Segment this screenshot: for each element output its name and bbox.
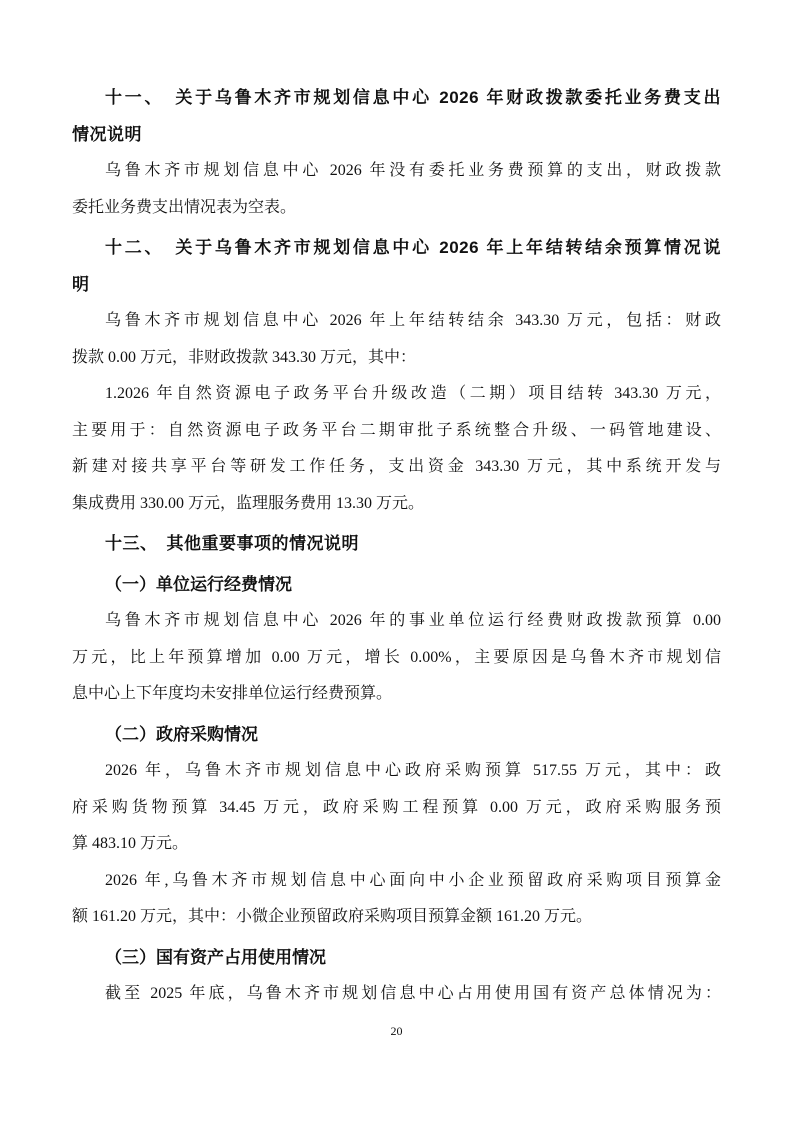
text-line: 乌鲁木齐市规划信息中心 2026 年上年结转结余 343.30 万元，包括：财政 bbox=[72, 303, 721, 340]
heading-line: （二）政府采购情况 bbox=[72, 717, 721, 754]
document-content: 十一、 关于乌鲁木齐市规划信息中心 2026 年财政拨款委托业务费支出情况说明乌… bbox=[72, 80, 721, 1013]
text-line: 1.2026 年自然资源电子政务平台升级改造（二期）项目结转 343.30 万元… bbox=[72, 376, 721, 413]
subsection-2-paragraph-1: 2026 年，乌鲁木齐市规划信息中心政府采购预算 517.55 万元，其中：政府… bbox=[72, 753, 721, 863]
section-13-heading: 十三、 其他重要事项的情况说明 bbox=[72, 526, 721, 563]
heading-line: （三）国有资产占用使用情况 bbox=[72, 940, 721, 977]
section-12-paragraph-1: 乌鲁木齐市规划信息中心 2026 年上年结转结余 343.30 万元，包括：财政… bbox=[72, 303, 721, 376]
subsection-1-heading: （一）单位运行经费情况 bbox=[72, 567, 721, 604]
section-12-paragraph-2: 1.2026 年自然资源电子政务平台升级改造（二期）项目结转 343.30 万元… bbox=[72, 376, 721, 522]
text-line: 2026 年，乌鲁木齐市规划信息中心政府采购预算 517.55 万元，其中：政 bbox=[72, 753, 721, 790]
text-line: 算 483.10 万元。 bbox=[72, 826, 721, 863]
subsection-1-paragraph: 乌鲁木齐市规划信息中心 2026 年的事业单位运行经费财政拨款预算 0.00万元… bbox=[72, 603, 721, 713]
heading-line: 明 bbox=[72, 267, 721, 304]
section-11-paragraph: 乌鲁木齐市规划信息中心 2026 年没有委托业务费预算的支出，财政拨款委托业务费… bbox=[72, 153, 721, 226]
text-line: 2026 年,乌鲁木齐市规划信息中心面向中小企业预留政府采购项目预算金 bbox=[72, 863, 721, 900]
text-line: 委托业务费支出情况表为空表。 bbox=[72, 190, 721, 227]
text-line: 息中心上下年度均未安排单位运行经费预算。 bbox=[72, 676, 721, 713]
heading-line: 十一、 关于乌鲁木齐市规划信息中心 2026 年财政拨款委托业务费支出 bbox=[72, 80, 721, 117]
text-line: 新建对接共享平台等研发工作任务，支出资金 343.30 万元，其中系统开发与 bbox=[72, 449, 721, 486]
text-line: 截至 2025 年底，乌鲁木齐市规划信息中心占用使用国有资产总体情况为： bbox=[72, 976, 721, 1013]
text-line: 主要用于：自然资源电子政务平台二期审批子系统整合升级、一码管地建设、 bbox=[72, 413, 721, 450]
heading-line: （一）单位运行经费情况 bbox=[72, 567, 721, 604]
text-line: 府采购货物预算 34.45 万元，政府采购工程预算 0.00 万元，政府采购服务… bbox=[72, 790, 721, 827]
subsection-3-heading: （三）国有资产占用使用情况 bbox=[72, 940, 721, 977]
text-line: 乌鲁木齐市规划信息中心 2026 年的事业单位运行经费财政拨款预算 0.00 bbox=[72, 603, 721, 640]
document-page: 十一、 关于乌鲁木齐市规划信息中心 2026 年财政拨款委托业务费支出情况说明乌… bbox=[0, 0, 793, 1122]
text-line: 拨款 0.00 万元，非财政拨款 343.30 万元，其中： bbox=[72, 340, 721, 377]
text-line: 集成费用 330.00 万元，监理服务费用 13.30 万元。 bbox=[72, 486, 721, 523]
heading-line: 十三、 其他重要事项的情况说明 bbox=[72, 526, 721, 563]
text-line: 额 161.20 万元，其中：小微企业预留政府采购项目预算金额 161.20 万… bbox=[72, 899, 721, 936]
text-line: 乌鲁木齐市规划信息中心 2026 年没有委托业务费预算的支出，财政拨款 bbox=[72, 153, 721, 190]
text-line: 万元，比上年预算增加 0.00 万元，增长 0.00%，主要原因是乌鲁木齐市规划… bbox=[72, 640, 721, 677]
section-12-heading: 十二、 关于乌鲁木齐市规划信息中心 2026 年上年结转结余预算情况说明 bbox=[72, 230, 721, 303]
page-number: 20 bbox=[0, 1022, 793, 1040]
section-11-heading: 十一、 关于乌鲁木齐市规划信息中心 2026 年财政拨款委托业务费支出情况说明 bbox=[72, 80, 721, 153]
subsection-3-paragraph: 截至 2025 年底，乌鲁木齐市规划信息中心占用使用国有资产总体情况为： bbox=[72, 976, 721, 1013]
subsection-2-heading: （二）政府采购情况 bbox=[72, 717, 721, 754]
heading-line: 情况说明 bbox=[72, 117, 721, 154]
subsection-2-paragraph-2: 2026 年,乌鲁木齐市规划信息中心面向中小企业预留政府采购项目预算金额 161… bbox=[72, 863, 721, 936]
heading-line: 十二、 关于乌鲁木齐市规划信息中心 2026 年上年结转结余预算情况说 bbox=[72, 230, 721, 267]
